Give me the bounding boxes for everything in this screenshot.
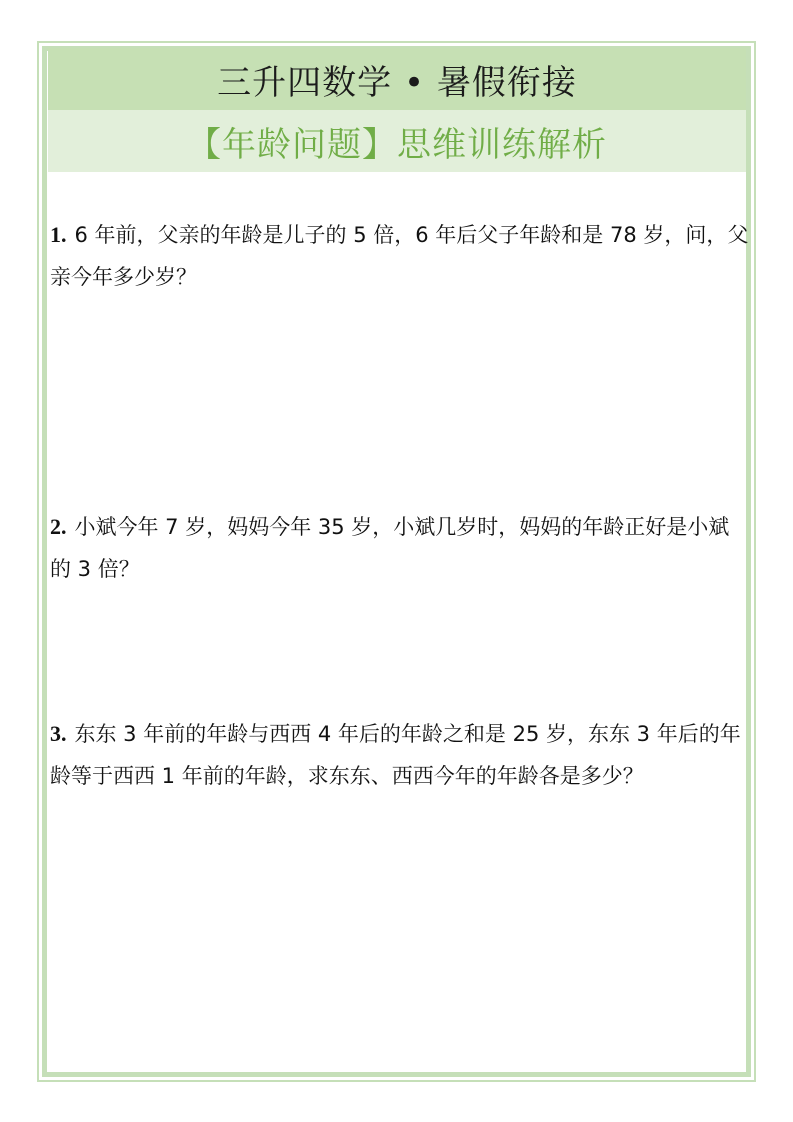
question-number: 2.: [50, 514, 67, 539]
question-2: 2.小斌今年 7 岁，妈妈今年 35 岁，小斌几岁时，妈妈的年龄正好是小斌的 3…: [50, 506, 750, 590]
question-3: 3.东东 3 年前的年龄与西西 4 年后的年龄之和是 25 岁，东东 3 年后的…: [50, 713, 750, 797]
subtitle-band: 【年龄问题】思维训练解析: [48, 110, 746, 172]
title-band: 三升四数学 • 暑假衔接: [48, 48, 746, 110]
question-text: 小斌今年 7 岁，妈妈今年 35 岁，小斌几岁时，妈妈的年龄正好是小斌的 3 倍…: [50, 515, 729, 581]
page-title: 三升四数学 • 暑假衔接: [217, 55, 577, 104]
page-subtitle: 【年龄问题】思维训练解析: [187, 117, 607, 166]
question-number: 3.: [50, 721, 67, 746]
question-1: 1.6 年前，父亲的年龄是儿子的 5 倍，6 年后父子年龄和是 78 岁，问，父…: [50, 214, 750, 298]
question-text: 东东 3 年前的年龄与西西 4 年后的年龄之和是 25 岁，东东 3 年后的年龄…: [50, 722, 741, 788]
question-text: 6 年前，父亲的年龄是儿子的 5 倍，6 年后父子年龄和是 78 岁，问，父亲今…: [50, 223, 748, 289]
question-number: 1.: [50, 222, 67, 247]
